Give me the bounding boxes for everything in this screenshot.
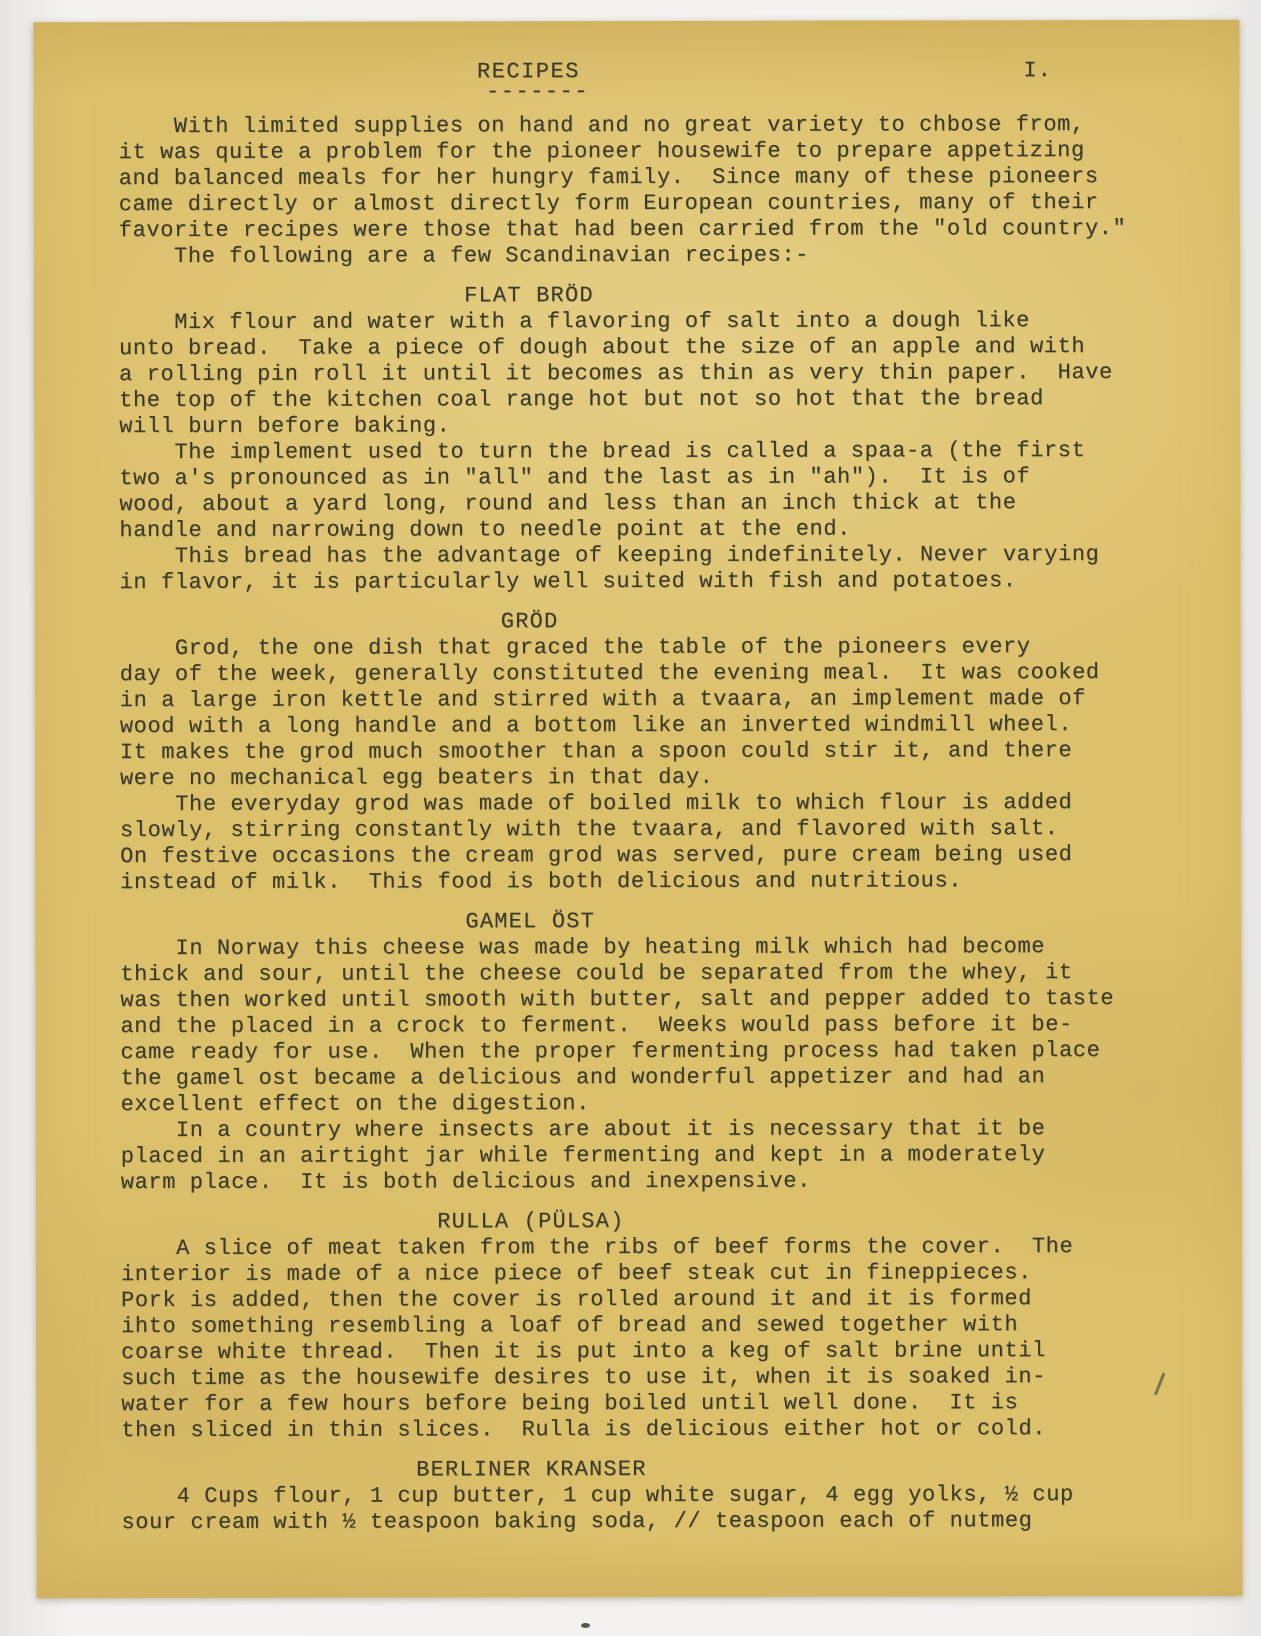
- recipe-section-gamel-ost: GAMEL ÖST In Norway this cheese was made…: [120, 908, 1222, 1196]
- section-heading-rulla: RULLA (PÜLSA): [121, 1208, 941, 1236]
- document-page: RECIPES ------- I. With limited supplies…: [33, 20, 1242, 1599]
- section-body-rulla: A slice of meat taken from the ribs of b…: [121, 1234, 1222, 1444]
- intro-paragraph: With limited supplies on hand and no gre…: [119, 112, 1220, 270]
- section-body-flat-brod: Mix flour and water with a flavoring of …: [119, 308, 1221, 596]
- document-header: RECIPES ------- I.: [118, 58, 1219, 106]
- recipe-section-berliner-kranser: BERLINER KRANSER 4 Cups flour, 1 cup but…: [121, 1456, 1222, 1536]
- section-body-berliner-kranser: 4 Cups flour, 1 cup butter, 1 cup white …: [121, 1482, 1222, 1536]
- recipe-section-grod: GRÖD Grod, the one dish that graced the …: [120, 608, 1222, 896]
- section-heading-gamel-ost: GAMEL ÖST: [120, 908, 940, 936]
- section-heading-grod: GRÖD: [120, 608, 940, 636]
- title-underline: -------: [127, 78, 947, 106]
- recipe-section-flat-brod: FLAT BRÖD Mix flour and water with a fla…: [119, 282, 1221, 596]
- section-heading-flat-brod: FLAT BRÖD: [119, 282, 939, 310]
- recipe-section-rulla: RULLA (PÜLSA) A slice of meat taken from…: [121, 1208, 1222, 1444]
- section-body-gamel-ost: In Norway this cheese was made by heatin…: [120, 934, 1222, 1196]
- page-number: I.: [1023, 58, 1051, 84]
- section-heading-berliner-kranser: BERLINER KRANSER: [121, 1456, 941, 1484]
- ink-speck: [581, 1623, 590, 1628]
- section-body-grod: Grod, the one dish that graced the table…: [120, 634, 1222, 896]
